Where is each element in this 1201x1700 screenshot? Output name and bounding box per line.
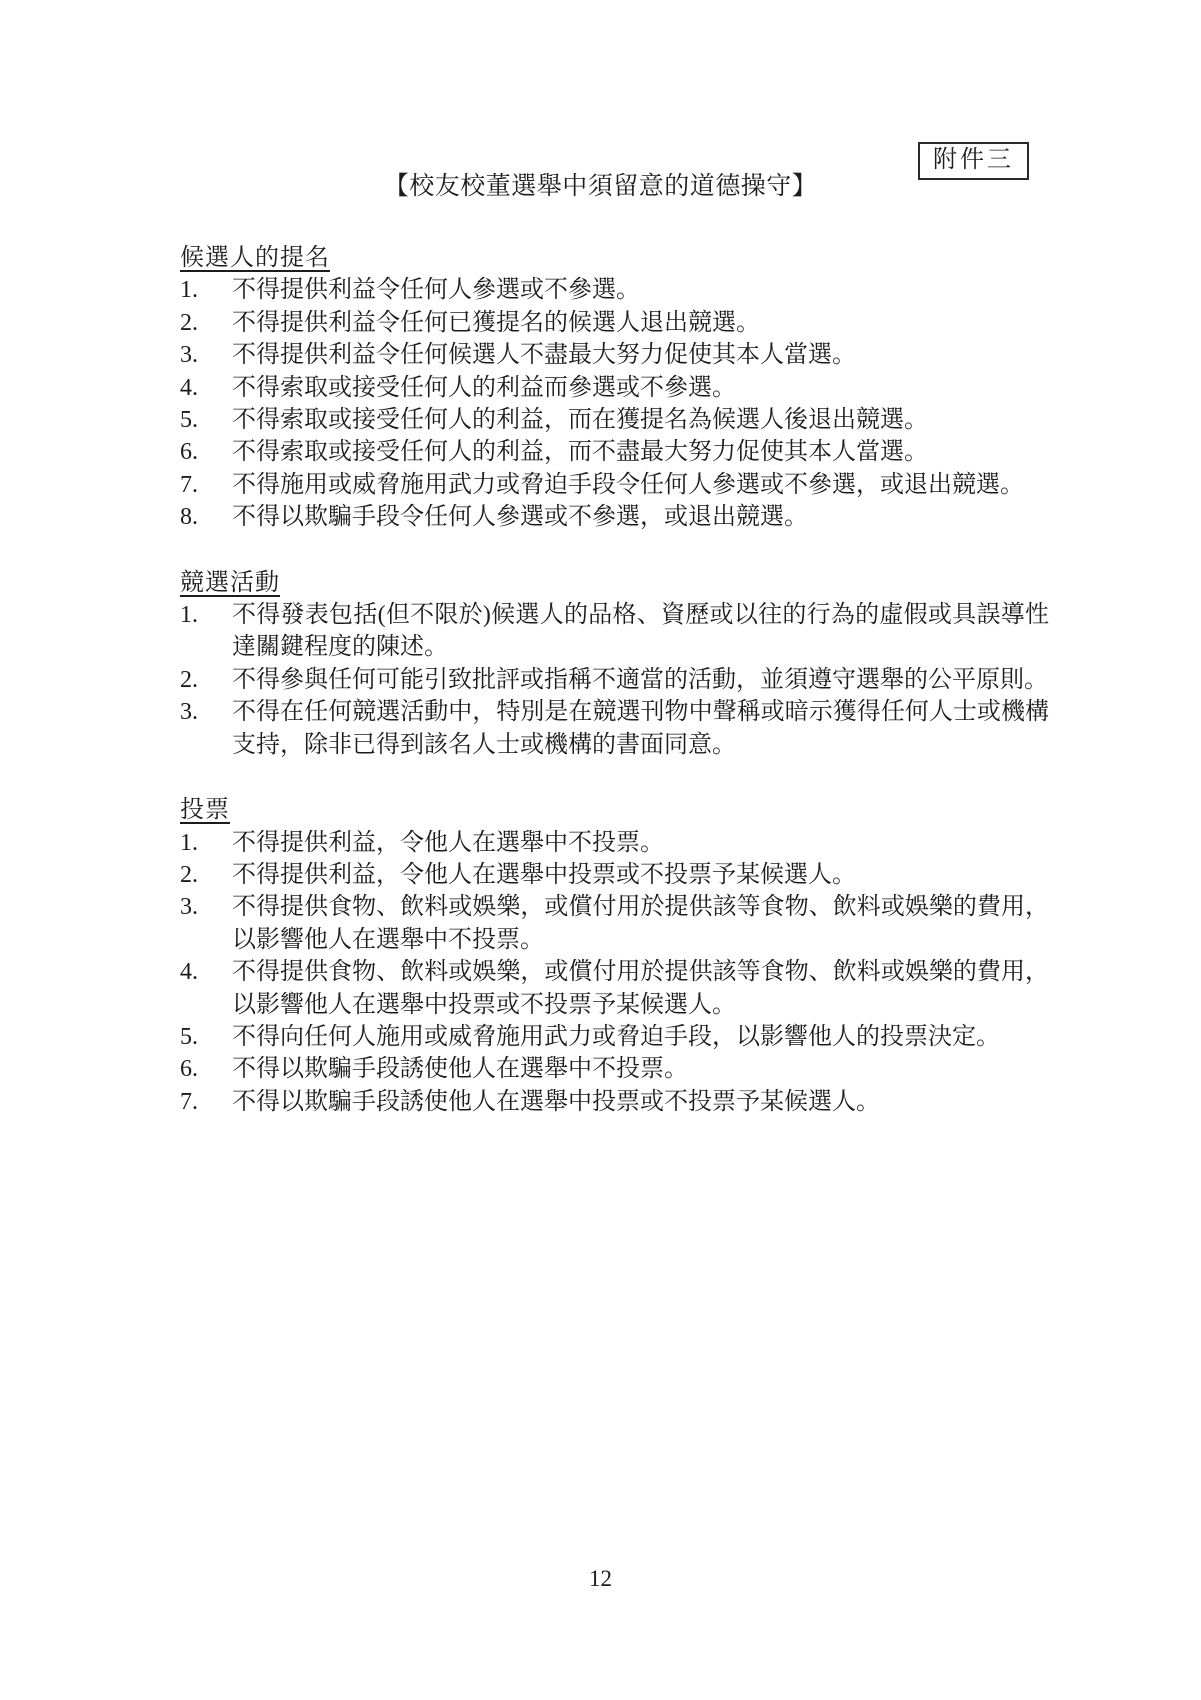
- item-number: 6.: [180, 436, 232, 468]
- item-text: 不得索取或接受任何人的利益，而在獲提名為候選人後退出競選。: [232, 404, 1049, 436]
- item-text: 不得提供利益，令他人在選舉中投票或不投票予某候選人。: [232, 859, 1049, 891]
- list-item: 1. 不得發表包括(但不限於)候選人的品格、資歷或以往的行為的虛假或具誤導性達關…: [180, 599, 1049, 664]
- item-number: 4.: [180, 956, 232, 988]
- item-text: 不得提供利益，令他人在選舉中不投票。: [232, 827, 1049, 859]
- document-page: 附件三 【校友校董選舉中須留意的道德操守】 候選人的提名 1. 不得提供利益令任…: [0, 0, 1201, 1700]
- list-item: 7. 不得以欺騙手段誘使他人在選舉中投票或不投票予某候選人。: [180, 1086, 1049, 1118]
- item-number: 7.: [180, 1086, 232, 1118]
- item-text: 不得提供利益令任何已獲提名的候選人退出競選。: [232, 307, 1049, 339]
- item-number: 8.: [180, 501, 232, 533]
- item-number: 7.: [180, 469, 232, 501]
- item-text: 不得施用或威脅施用武力或脅迫手段令任何人參選或不參選，或退出競選。: [232, 469, 1049, 501]
- item-text: 不得以欺騙手段令任何人參選或不參選，或退出競選。: [232, 501, 1049, 533]
- item-number: 2.: [180, 859, 232, 891]
- section-header: 投票: [180, 794, 230, 826]
- list-item: 3. 不得提供利益令任何候選人不盡最大努力促使其本人當選。: [180, 339, 1049, 371]
- item-text: 不得以欺騙手段誘使他人在選舉中不投票。: [232, 1053, 1049, 1085]
- item-number: 1.: [180, 274, 232, 306]
- item-text: 不得參與任何可能引致批評或指稱不適當的活動，並須遵守選舉的公平原則。: [232, 664, 1049, 696]
- section-voting: 投票 1. 不得提供利益，令他人在選舉中不投票。 2. 不得提供利益，令他人在選…: [180, 794, 1049, 1118]
- list-item: 1. 不得提供利益，令他人在選舉中不投票。: [180, 827, 1049, 859]
- item-number: 1.: [180, 599, 232, 631]
- list-item: 2. 不得提供利益令任何已獲提名的候選人退出競選。: [180, 307, 1049, 339]
- list-item: 1. 不得提供利益令任何人參選或不參選。: [180, 274, 1049, 306]
- list-item: 7. 不得施用或威脅施用武力或脅迫手段令任何人參選或不參選，或退出競選。: [180, 469, 1049, 501]
- item-text: 不得索取或接受任何人的利益，而不盡最大努力促使其本人當選。: [232, 436, 1049, 468]
- list-item: 5. 不得向任何人施用或威脅施用武力或脅迫手段，以影響他人的投票決定。: [180, 1021, 1049, 1053]
- item-number: 3.: [180, 891, 232, 923]
- item-number: 5.: [180, 1021, 232, 1053]
- list-item: 2. 不得參與任何可能引致批評或指稱不適當的活動，並須遵守選舉的公平原則。: [180, 664, 1049, 696]
- page-number: 12: [0, 1566, 1201, 1592]
- item-text: 不得以欺騙手段誘使他人在選舉中投票或不投票予某候選人。: [232, 1086, 1049, 1118]
- section-header: 候選人的提名: [180, 242, 330, 274]
- item-number: 2.: [180, 664, 232, 696]
- item-text: 不得提供食物、飲料或娛樂，或償付用於提供該等食物、飲料或娛樂的費用，以影響他人在…: [232, 891, 1049, 956]
- item-number: 1.: [180, 827, 232, 859]
- list-item: 6. 不得索取或接受任何人的利益，而不盡最大努力促使其本人當選。: [180, 436, 1049, 468]
- item-text: 不得在任何競選活動中，特別是在競選刊物中聲稱或暗示獲得任何人士或機構支持，除非已…: [232, 696, 1049, 761]
- list-item: 2. 不得提供利益，令他人在選舉中投票或不投票予某候選人。: [180, 859, 1049, 891]
- list-item: 3. 不得提供食物、飲料或娛樂，或償付用於提供該等食物、飲料或娛樂的費用，以影響…: [180, 891, 1049, 956]
- appendix-label: 附件三: [933, 147, 1014, 173]
- list-item: 4. 不得提供食物、飲料或娛樂，或償付用於提供該等食物、飲料或娛樂的費用，以影響…: [180, 956, 1049, 1021]
- item-text: 不得提供利益令任何候選人不盡最大努力促使其本人當選。: [232, 339, 1049, 371]
- section-campaign-activities: 競選活動 1. 不得發表包括(但不限於)候選人的品格、資歷或以往的行為的虛假或具…: [180, 567, 1049, 761]
- item-number: 3.: [180, 339, 232, 371]
- item-number: 2.: [180, 307, 232, 339]
- item-number: 3.: [180, 696, 232, 728]
- item-text: 不得提供利益令任何人參選或不參選。: [232, 274, 1049, 306]
- item-text: 不得提供食物、飲料或娛樂，或償付用於提供該等食物、飲料或娛樂的費用，以影響他人在…: [232, 956, 1049, 1021]
- list-item: 8. 不得以欺騙手段令任何人參選或不參選，或退出競選。: [180, 501, 1049, 533]
- item-text: 不得向任何人施用或威脅施用武力或脅迫手段，以影響他人的投票決定。: [232, 1021, 1049, 1053]
- section-header: 競選活動: [180, 567, 280, 599]
- item-text: 不得發表包括(但不限於)候選人的品格、資歷或以往的行為的虛假或具誤導性達關鍵程度…: [232, 599, 1049, 664]
- item-number: 4.: [180, 372, 232, 404]
- document-content: 候選人的提名 1. 不得提供利益令任何人參選或不參選。 2. 不得提供利益令任何…: [180, 242, 1049, 1118]
- list-item: 6. 不得以欺騙手段誘使他人在選舉中不投票。: [180, 1053, 1049, 1085]
- section-candidate-nomination: 候選人的提名 1. 不得提供利益令任何人參選或不參選。 2. 不得提供利益令任何…: [180, 242, 1049, 534]
- list-item: 5. 不得索取或接受任何人的利益，而在獲提名為候選人後退出競選。: [180, 404, 1049, 436]
- page-title: 【校友校董選舉中須留意的道德操守】: [0, 172, 1201, 202]
- item-text: 不得索取或接受任何人的利益而參選或不參選。: [232, 372, 1049, 404]
- list-item: 3. 不得在任何競選活動中，特別是在競選刊物中聲稱或暗示獲得任何人士或機構支持，…: [180, 696, 1049, 761]
- list-item: 4. 不得索取或接受任何人的利益而參選或不參選。: [180, 372, 1049, 404]
- item-number: 6.: [180, 1053, 232, 1085]
- item-number: 5.: [180, 404, 232, 436]
